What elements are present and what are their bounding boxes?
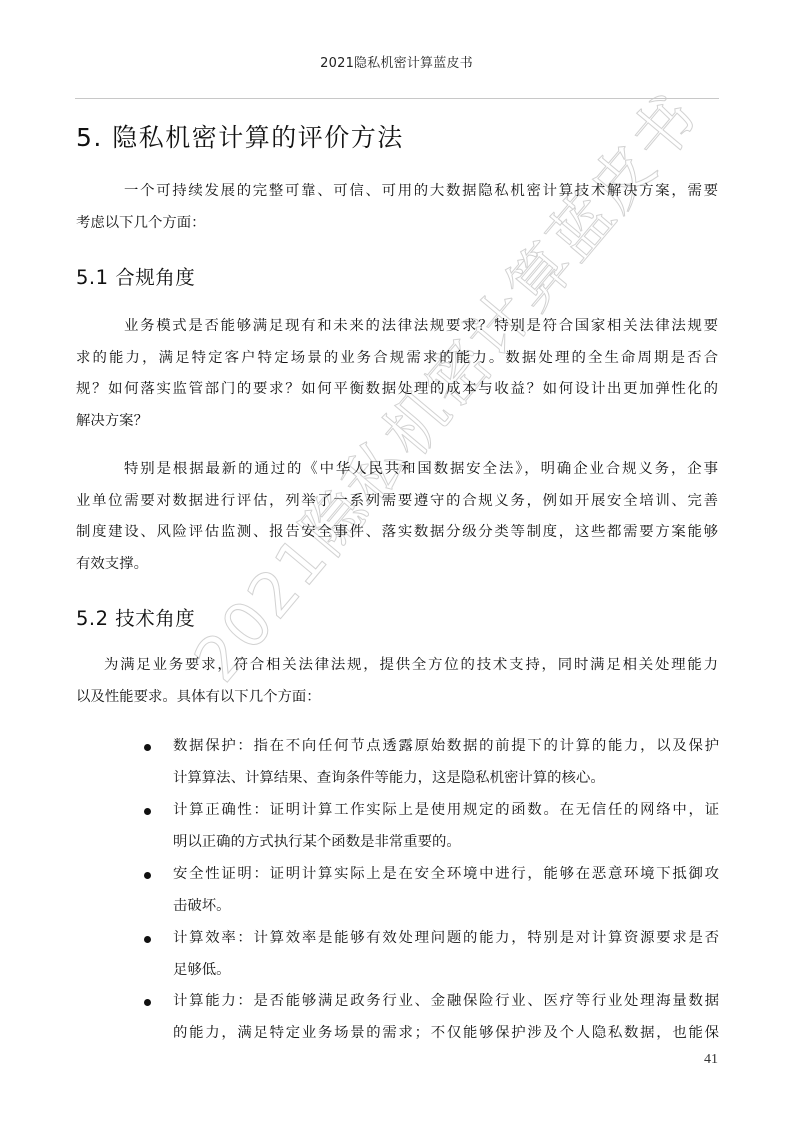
text-line: 以及性能要求。具体有以下几个方面：: [76, 682, 718, 714]
bullet-icon: [144, 999, 151, 1006]
compliance-paragraph-2: 特别是根据最新的通过的《中华人民共和国数据安全法》，明确企业合规义务，企事 业单…: [76, 454, 718, 580]
text-line: 业务模式是否能够满足现有和未来的法律法规要求？特别是符合国家相关法律法规要: [76, 311, 718, 343]
header-divider: [75, 98, 719, 99]
bullet-icon: [144, 936, 151, 943]
compliance-paragraph-1: 业务模式是否能够满足现有和未来的法律法规要求？特别是符合国家相关法律法规要 求的…: [76, 311, 718, 437]
text-line: 足够低。: [173, 955, 719, 987]
text-line: 求的能力，满足特定客户特定场景的业务合规需求的能力。数据处理的全生命周期是否合: [76, 343, 718, 375]
text-line: 一个可持续发展的完整可靠、可信、可用的大数据隐私机密计算技术解决方案，需要: [76, 176, 718, 208]
bullet-icon: [144, 744, 151, 751]
text-line: 的能力，满足特定业务场景的需求；不仅能够保护涉及个人隐私数据，也能保: [173, 1018, 719, 1050]
bullet-text: 计算效率：计算效率是能够有效处理问题的能力，特别是对计算资源要求是否 足够低。: [173, 923, 719, 987]
text-line: 计算正确性：证明计算工作实际上是使用规定的函数。在无信任的网络中，证: [173, 795, 719, 827]
text-line: 特别是根据最新的通过的《中华人民共和国数据安全法》，明确企业合规义务，企事: [76, 454, 718, 486]
text-line: 计算效率：计算效率是能够有效处理问题的能力，特别是对计算资源要求是否: [173, 923, 719, 955]
text-line: 击破坏。: [173, 891, 719, 923]
text-line: 解决方案？: [76, 406, 718, 438]
text-line: 为满足业务要求，符合相关法律法规，提供全方位的技术支持，同时满足相关处理能力: [76, 650, 718, 682]
text-line: 计算算法、计算结果、查询条件等能力，这是隐私机密计算的核心。: [173, 763, 719, 795]
section-title: 5. 隐私机密计算的评价方法: [76, 118, 404, 154]
bullet-text: 计算正确性：证明计算工作实际上是使用规定的函数。在无信任的网络中，证 明以正确的…: [173, 795, 719, 859]
text-line: 计算能力：是否能够满足政务行业、金融保险行业、医疗等行业处理海量数据: [173, 986, 719, 1018]
text-line: 制度建设、风险评估监测、报告安全事件、落实数据分级分类等制度，这些都需要方案能够: [76, 517, 718, 549]
text-line: 明以正确的方式执行某个函数是非常重要的。: [173, 827, 719, 859]
page-header: 2021隐私机密计算蓝皮书: [0, 52, 793, 71]
bullet-text: 计算能力：是否能够满足政务行业、金融保险行业、医疗等行业处理海量数据 的能力，满…: [173, 986, 719, 1050]
page-number: 41: [704, 1052, 718, 1068]
section-intro: 一个可持续发展的完整可靠、可信、可用的大数据隐私机密计算技术解决方案，需要 考虑…: [76, 176, 718, 239]
bullet-icon: [144, 872, 151, 879]
subsection-title-compliance: 5.1 合规角度: [76, 262, 195, 290]
bullet-icon: [144, 808, 151, 815]
text-line: 安全性证明：证明计算实际上是在安全环境中进行，能够在恶意环境下抵御攻: [173, 859, 719, 891]
technical-paragraph-1: 为满足业务要求，符合相关法律法规，提供全方位的技术支持，同时满足相关处理能力 以…: [76, 650, 718, 713]
bullet-text: 安全性证明：证明计算实际上是在安全环境中进行，能够在恶意环境下抵御攻 击破坏。: [173, 859, 719, 923]
text-line: 规？如何落实监管部门的要求？如何平衡数据处理的成本与收益？如何设计出更加弹性化的: [76, 374, 718, 406]
text-line: 业单位需要对数据进行评估，列举了一系列需要遵守的合规义务，例如开展安全培训、完善: [76, 486, 718, 518]
text-line: 数据保护：指在不向任何节点透露原始数据的前提下的计算的能力，以及保护: [173, 731, 719, 763]
text-line: 有效支撑。: [76, 549, 718, 581]
bullet-text: 数据保护：指在不向任何节点透露原始数据的前提下的计算的能力，以及保护 计算算法、…: [173, 731, 719, 795]
text-line: 考虑以下几个方面：: [76, 208, 718, 240]
subsection-title-technical: 5.2 技术角度: [76, 603, 195, 631]
